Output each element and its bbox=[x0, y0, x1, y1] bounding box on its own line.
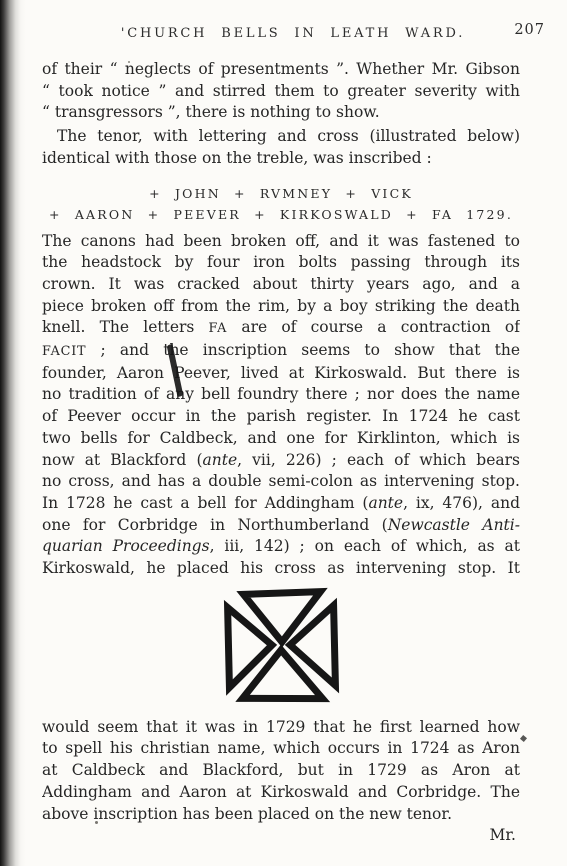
text-line: quarian Proceedings, iii, 142) ; on each… bbox=[42, 536, 520, 558]
text-line: Addingham and Aaron at Kirkoswald and Co… bbox=[42, 782, 520, 804]
book-page: 'CHURCH BELLS IN LEATH WARD. 207 of thei… bbox=[0, 0, 567, 866]
paragraph-2: The tenor, with lettering and cross (ill… bbox=[42, 126, 520, 169]
text-line: “ took notice ” and stirred them to grea… bbox=[42, 81, 520, 103]
text-line: to spell his christian name, which occur… bbox=[42, 738, 520, 760]
text-line: one for Corbridge in Northumberland (New… bbox=[42, 515, 520, 537]
text-line: + JOHN + RVMNEY + VICK bbox=[42, 183, 520, 204]
page-header: 'CHURCH BELLS IN LEATH WARD. 207 bbox=[42, 22, 520, 39]
page-number: 207 bbox=[514, 22, 545, 38]
text-line: identical with those on the treble, was … bbox=[42, 148, 520, 170]
text-line: piece broken off from the rim, by a boy … bbox=[42, 296, 520, 318]
catchword: Mr. bbox=[42, 826, 520, 844]
text-line: FACIT ; and the inscription seems to sho… bbox=[42, 340, 520, 363]
text-line: Kirkoswald, he placed his cross as inter… bbox=[42, 558, 520, 580]
bell-inscription: + JOHN + RVMNEY + VICK+ AARON + PEEVER +… bbox=[42, 183, 520, 225]
text-line: The tenor, with lettering and cross (ill… bbox=[42, 126, 520, 148]
paragraph-3: The canons had been broken off, and it w… bbox=[42, 231, 520, 580]
text-line: “ transgressors ”, there is nothing to s… bbox=[42, 102, 520, 124]
text-line: + AARON + PEEVER + KIRKOSWALD + FA 1729. bbox=[42, 204, 520, 225]
text-line: above inscription has been placed on the… bbox=[42, 804, 520, 826]
text-line: crown. It was cracked about thirty years… bbox=[42, 274, 520, 296]
text-line: The canons had been broken off, and it w… bbox=[42, 231, 520, 253]
text-line: two bells for Caldbeck, and one for Kirk… bbox=[42, 428, 520, 450]
founders-cross-icon bbox=[221, 585, 340, 704]
text-line: no cross, and has a double semi-colon as… bbox=[42, 471, 520, 493]
running-title: 'CHURCH BELLS IN LEATH WARD. bbox=[121, 26, 465, 41]
text-line: In 1728 he cast a bell for Addingham (an… bbox=[42, 493, 520, 515]
paragraph-4: would seem that it was in 1729 that he f… bbox=[42, 717, 520, 826]
text-line: of their “ neglects of presentments ”. W… bbox=[42, 59, 520, 81]
text-line: no tradition of any bell foundry there ;… bbox=[42, 384, 520, 406]
text-line: the headstock by four iron bolts passing… bbox=[42, 252, 520, 274]
binding-shadow bbox=[0, 0, 26, 866]
page-content: 'CHURCH BELLS IN LEATH WARD. 207 of thei… bbox=[0, 0, 567, 844]
text-line: would seem that it was in 1729 that he f… bbox=[42, 717, 520, 739]
cross-triangle-bottom bbox=[242, 649, 323, 699]
text-line: knell. The letters FA are of course a co… bbox=[42, 317, 520, 340]
text-line: now at Blackford (ante, vii, 226) ; each… bbox=[42, 450, 520, 472]
paragraph-1: of their “ neglects of presentments ”. W… bbox=[42, 59, 520, 124]
text-line: founder, Aaron Peever, lived at Kirkoswa… bbox=[42, 363, 520, 385]
founders-cross-illustration bbox=[221, 585, 340, 704]
text-line: at Caldbeck and Blackford, but in 1729 a… bbox=[42, 760, 520, 782]
text-line: of Peever occur in the parish register. … bbox=[42, 406, 520, 428]
